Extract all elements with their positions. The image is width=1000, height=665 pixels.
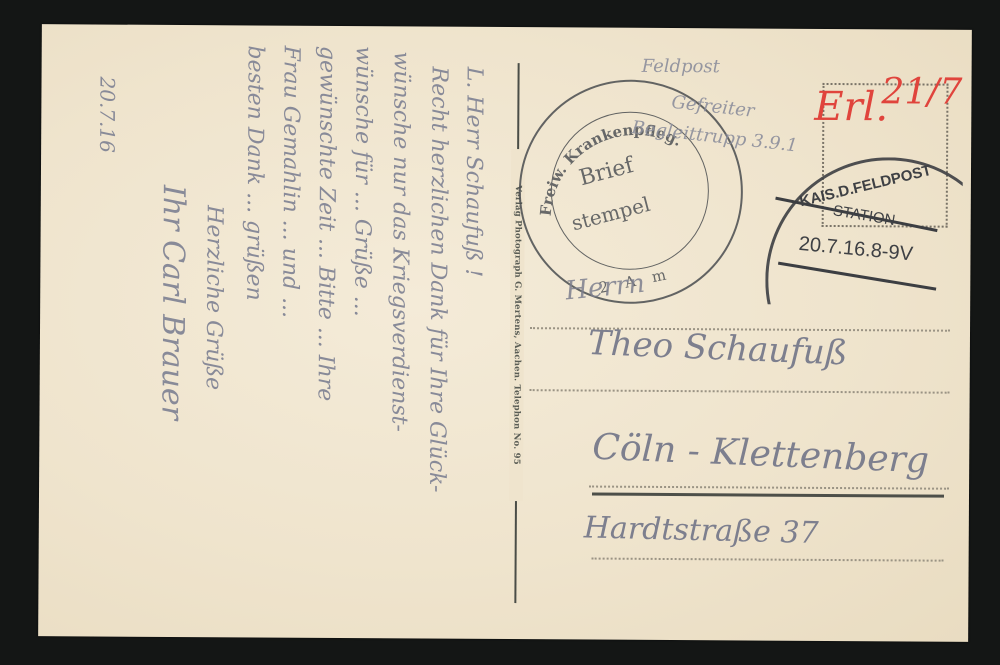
red-annotation-number: 21/7 xyxy=(881,71,962,112)
message-line: gewünschte Zeit ... Bitte ... Ihre xyxy=(313,46,340,401)
address-city: Cöln - Klettenberg xyxy=(592,427,930,482)
address-line xyxy=(589,486,949,490)
message-line: L. Herr Schaufuß ! xyxy=(460,67,486,278)
sender-line-1: Feldpost xyxy=(642,56,720,77)
red-annotation: Erl. xyxy=(814,84,888,130)
address-line xyxy=(592,558,944,562)
message-line: Recht herzlichen Dank für Ihre Glück- xyxy=(424,67,452,493)
message-date: 20.7.16 xyxy=(95,76,119,152)
message-line: Frau Gemahlin ... und ... xyxy=(277,46,304,319)
signature: Ihr Carl Brauer xyxy=(154,185,190,420)
address-line xyxy=(530,389,950,394)
message-line: besten Dank ... grüßen xyxy=(241,45,268,300)
message-line: wünsche für ... Grüße ... xyxy=(349,46,376,317)
postcard: 20.7.16 L. Herr Schaufuß ! Recht herzlic… xyxy=(38,24,972,642)
message-line: Herzliche Grüße xyxy=(201,205,227,390)
message-line: wünsche nur das Kriegsverdienst- xyxy=(386,51,413,432)
address-underline xyxy=(592,493,944,498)
address-street: Hardtstraße 37 xyxy=(583,510,819,551)
